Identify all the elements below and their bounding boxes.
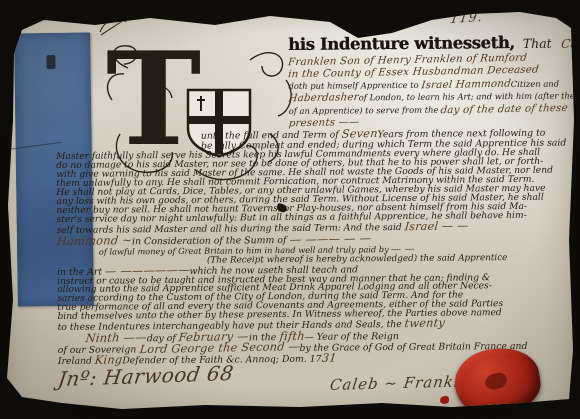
printed-text: of an Apprentice) to serve from the — [289, 104, 441, 115]
handwritten-text: Seven — [341, 128, 378, 139]
handwritten-text: Hammond ~ — [56, 235, 132, 247]
heading-blackletter: his Indenture witnesseth, — [288, 33, 515, 54]
indenture-parchment: 4 119. T — [0, 0, 580, 419]
wax-droplet — [440, 396, 449, 404]
handwritten-text: — ——— — — — [289, 233, 372, 246]
handwritten-text: Israel — — — [404, 221, 469, 232]
witness-signature: Jnº: Harwood 68 — [56, 361, 235, 391]
pen-flourish-icon — [97, 13, 133, 37]
handwritten-text: Lord George the Second — — [139, 342, 300, 355]
printed-text: doth put himself Apprentice to — [288, 80, 421, 91]
wax-seal-shadow — [484, 372, 508, 391]
handwritten-text: King — [94, 355, 122, 365]
handwritten-text: Ninth —— — [85, 332, 147, 344]
printed-text: of London, to learn his Art; and with hi… — [359, 90, 580, 102]
pencil-mark: 4 — [27, 0, 44, 18]
handwritten-text: Israel Hammond — [421, 77, 512, 91]
heading-that: That — [523, 36, 552, 51]
photo-background: 4 119. T — [0, 0, 580, 419]
handwritten-text: day of the date of these — [440, 101, 568, 116]
pen-scratch — [10, 142, 62, 150]
document-text: his Indenture witnesseth, That Calob— Fr… — [55, 31, 575, 366]
folio-number: 119. — [449, 10, 484, 27]
handwritten-text: — —————— — [104, 265, 190, 276]
document-lines: Franklen Son of Henry Franklen of Rumfor… — [55, 52, 575, 366]
handwritten-text: 31 — [321, 353, 337, 363]
printed-text: — Year of the Reign — [304, 331, 398, 343]
apprentice-name-script: Calob— — [560, 33, 580, 55]
handwritten-text: twenty — [404, 318, 445, 329]
printed-text: Citizen and — [511, 78, 559, 88]
handwritten-text: — — — [391, 245, 416, 255]
handwritten-text: Haberdasher — [288, 91, 360, 105]
